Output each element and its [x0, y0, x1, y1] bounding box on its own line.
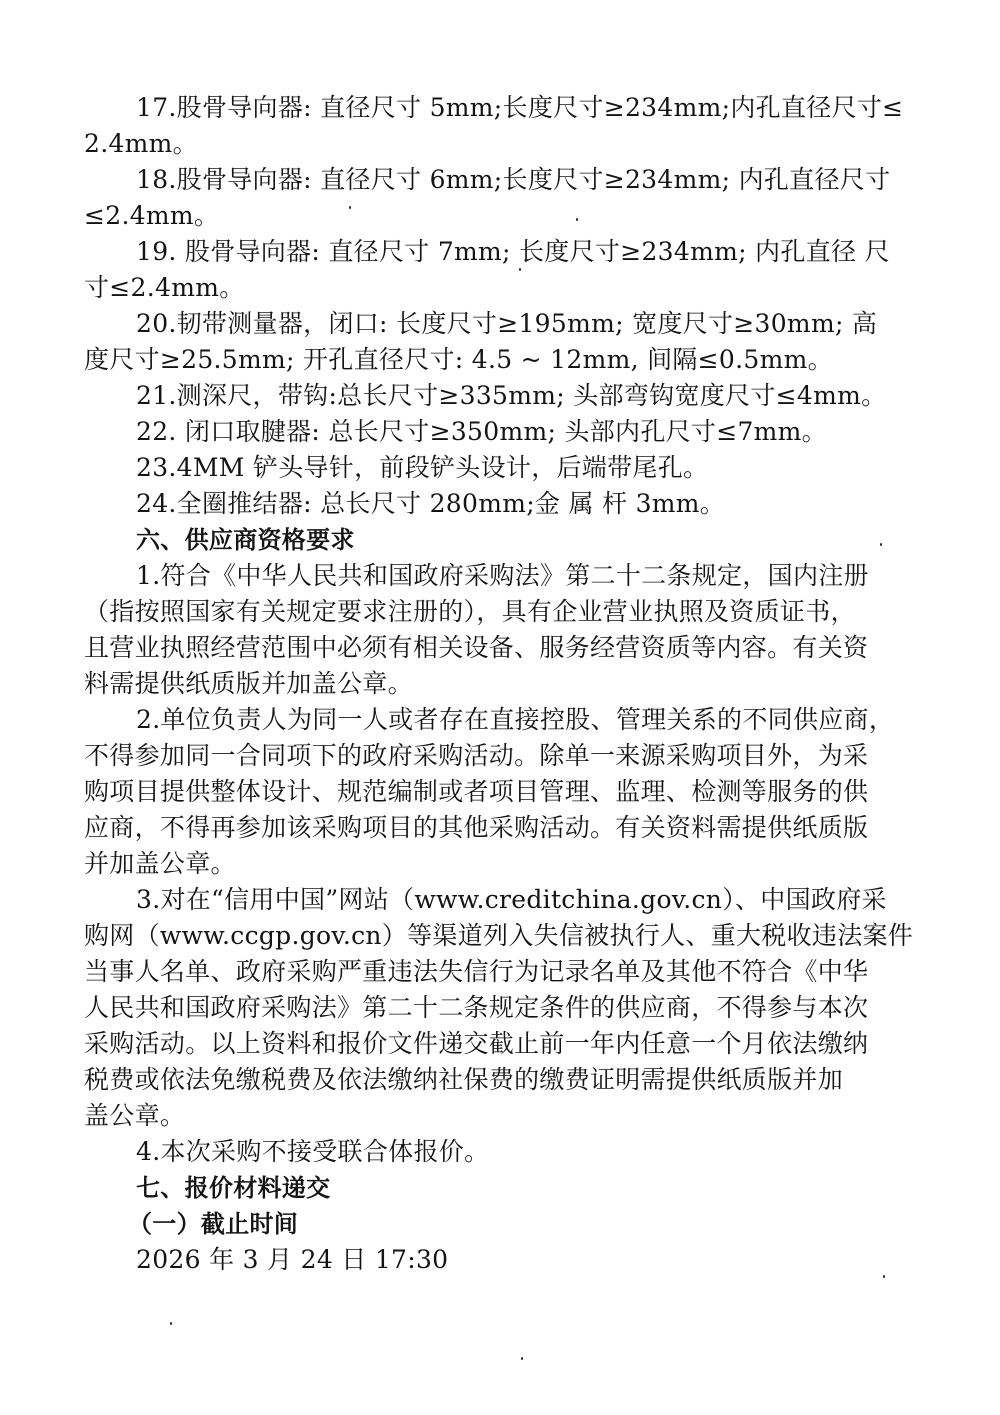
- scan-speck: [519, 268, 521, 271]
- scan-speck: [170, 1322, 172, 1325]
- qualification-2-line-1: 2.单位负责人为同一人或者存在直接控股、管理关系的不同供应商，: [136, 702, 894, 738]
- spec-item-22: 22. 闭口取腱器: 总长尺寸≥350mm; 头部内孔尺寸≤7mm。: [136, 414, 827, 450]
- spec-item-20-line-2: 度尺寸≥25.5mm; 开孔直径尺寸: 4.5 ~ 12mm, 间隔≤0.5mm…: [84, 342, 833, 378]
- spec-item-21: 21.测深尺，带钩:总长尺寸≥335mm; 头部弯钩宽度尺寸≤4mm。: [136, 378, 886, 414]
- spec-item-17-line-2: 2.4mm。: [84, 126, 198, 162]
- qualification-3-line-4: 人民共和国政府采购法》第二十二条规定条件的供应商，不得参与本次: [84, 990, 868, 1026]
- qualification-3-line-6: 税费或依法免缴税费及依法缴纳社保费的缴费证明需提供纸质版并加: [84, 1062, 843, 1098]
- qualification-3-line-1: 3.对在“信用中国”网站（www.creditchina.gov.cn）、中国政…: [136, 882, 887, 918]
- qualification-3-line-7: 盖公章。: [84, 1098, 185, 1134]
- scan-speck: [880, 543, 882, 546]
- qualification-1-line-2: （指按照国家有关规定要求注册的），具有企业营业执照及资质证书，: [84, 594, 856, 630]
- scan-speck: [883, 1275, 885, 1278]
- section-seven-heading: 七、报价材料递交: [136, 1170, 330, 1206]
- qualification-3-line-2: 购网（www.ccgp.gov.cn）等渠道列入失信被执行人、重大税收违法案件: [84, 918, 913, 954]
- section-six-heading: 六、供应商资格要求: [136, 522, 355, 558]
- qualification-1-line-3: 且营业执照经营范围中必须有相关设备、服务经营资质等内容。有关资: [84, 630, 868, 666]
- spec-item-23: 23.4MM 铲头导针，前段铲头设计，后端带尾孔。: [136, 450, 708, 486]
- spec-item-24: 24.全圈推结器: 总长尺寸 280mm;金 属 杆 3mm。: [136, 486, 725, 522]
- qualification-4: 4.本次采购不接受联合体报价。: [136, 1134, 489, 1170]
- spec-item-19-line-1: 19. 股骨导向器: 直径尺寸 7mm; 长度尺寸≥234mm; 内孔直径 尺: [136, 234, 890, 270]
- spec-item-18-line-1: 18.股骨导向器: 直径尺寸 6mm;长度尺寸≥234mm; 内孔直径尺寸: [136, 162, 890, 198]
- qualification-1-line-1: 1.符合《中华人民共和国政府采购法》第二十二条规定，国内注册: [136, 558, 869, 594]
- qualification-2-line-5: 并加盖公章。: [84, 846, 236, 882]
- spec-item-17-line-1: 17.股骨导向器: 直径尺寸 5mm;长度尺寸≥234mm;内孔直径尺寸≤: [136, 90, 903, 126]
- scan-speck: [576, 218, 578, 221]
- qualification-2-line-3: 购项目提供整体设计、规范编制或者项目管理、监理、检测等服务的供: [84, 774, 868, 810]
- deadline-subheading: （一）截止时间: [128, 1206, 298, 1242]
- deadline-value: 2026 年 3 月 24 日 17:30: [136, 1242, 448, 1278]
- qualification-3-line-3: 当事人名单、政府采购严重违法失信行为记录名单及其他不符合《中华: [84, 954, 868, 990]
- scan-speck: [521, 1357, 523, 1360]
- spec-item-20-line-1: 20.韧带测量器，闭口: 长度尺寸≥195mm; 宽度尺寸≥30mm; 高: [136, 306, 877, 342]
- qualification-2-line-4: 应商，不得再参加该采购项目的其他采购活动。有关资料需提供纸质版: [84, 810, 868, 846]
- qualification-2-line-2: 不得参加同一合同项下的政府采购活动。除单一来源采购项目外，为采: [84, 738, 868, 774]
- spec-item-19-line-2: 寸≤2.4mm。: [84, 270, 245, 306]
- scan-speck: [349, 206, 351, 209]
- qualification-3-line-5: 采购活动。以上资料和报价文件递交截止前一年内任意一个月依法缴纳: [84, 1026, 868, 1062]
- spec-item-18-line-2: ≤2.4mm。: [84, 198, 219, 234]
- qualification-1-line-4: 料需提供纸质版并加盖公章。: [84, 666, 413, 702]
